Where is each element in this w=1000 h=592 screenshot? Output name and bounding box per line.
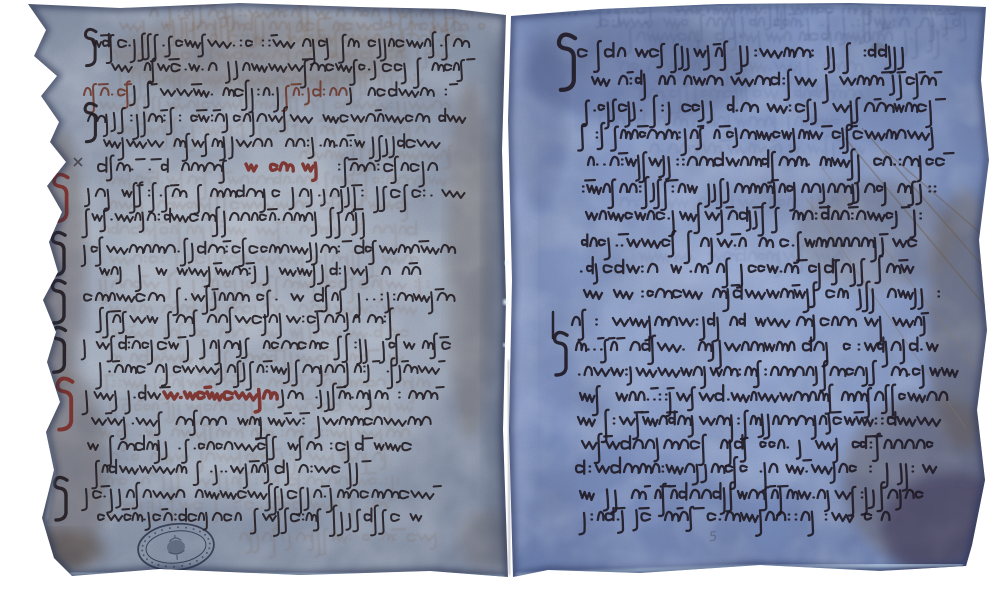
gutter-light-leak: [507, 236, 510, 239]
manuscript-photo-canvas: 5: [0, 0, 1000, 592]
gutter-light-leak: [503, 299, 509, 305]
built-artwork: [0, 0, 1000, 592]
gutter-light-leak: [503, 343, 507, 347]
gutter-light-leak: [505, 261, 510, 266]
manuscript-photograph: 5: [0, 0, 1000, 592]
